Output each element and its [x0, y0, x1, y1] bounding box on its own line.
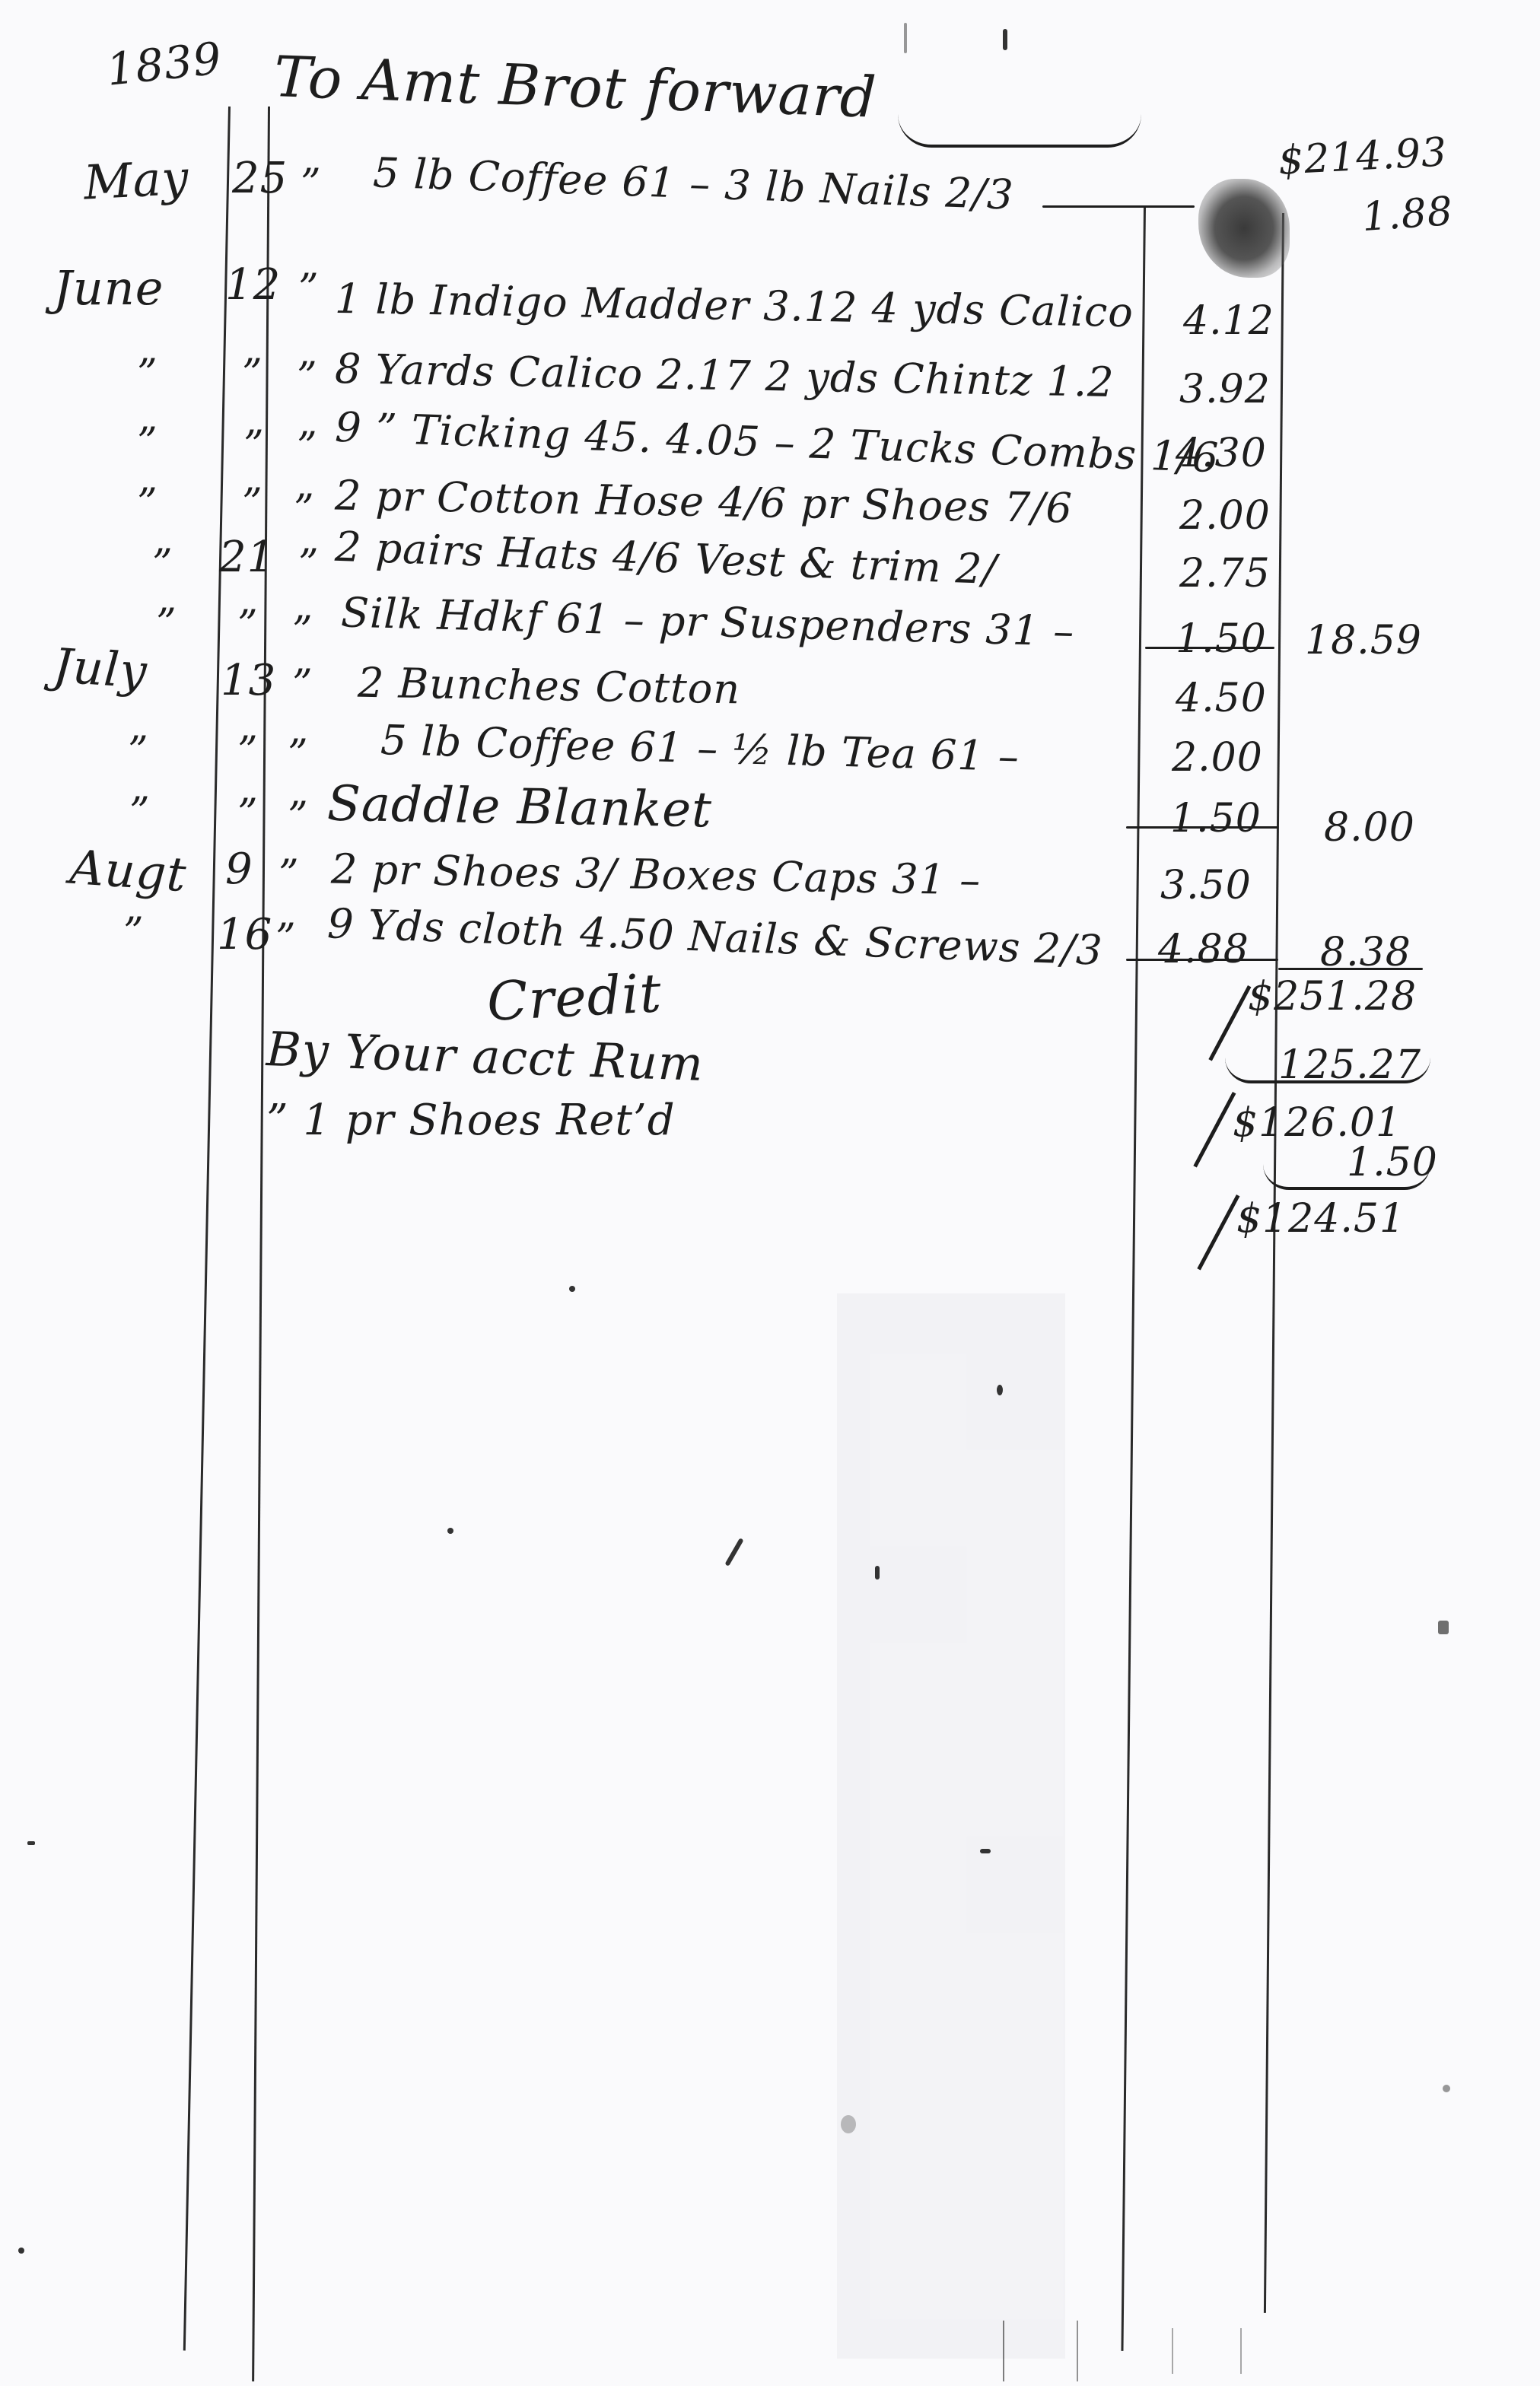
entry-amount: 1.50	[1170, 796, 1262, 841]
subtotal-amount: $251.28	[1248, 974, 1417, 1020]
entry-description: 9 ” Ticking 45. 4.05 – 2 Tucks Combs 1/6	[334, 403, 1220, 482]
entry-month: ”	[123, 910, 145, 956]
entry-month: July	[52, 638, 149, 699]
entry-description: 2 pairs Hats 4/6 Vest & trim 2/	[334, 523, 998, 593]
credit-description: By Your acct Rum	[266, 1021, 705, 1092]
entry-amount-underline	[1126, 959, 1278, 961]
entry-month: June	[53, 260, 164, 316]
entry-description: 8 Yards Calico 2.17 2 yds Chintz 1.2	[335, 345, 1115, 406]
ink-speck	[724, 1538, 743, 1567]
entry-description: 1 lb Indigo Madder 3.12 4 yds Calico	[335, 275, 1134, 336]
entry-ditto: ”	[292, 609, 313, 654]
ink-speck	[841, 2115, 856, 2133]
entry-amount-underline	[1126, 826, 1278, 829]
entry-day: ”	[243, 423, 265, 469]
ink-speck	[1443, 2085, 1450, 2092]
entry-amount: 2.00	[1179, 493, 1271, 539]
ink-speck	[980, 1849, 991, 1853]
entry-ditto: ”	[288, 732, 309, 778]
ink-speck	[27, 1841, 35, 1845]
entry-ditto: ”	[278, 852, 300, 898]
entry-month: Augt	[68, 839, 189, 903]
entry-description: Silk Hdkf 61 – pr Suspenders 31 –	[340, 588, 1075, 655]
entry-month: ”	[137, 481, 158, 527]
bottom-tick	[1077, 2321, 1078, 2381]
entry-day: ”	[242, 352, 263, 397]
entry-description: 2 Bunches Cotton	[357, 659, 740, 714]
entry-leader-line	[1042, 205, 1195, 208]
ink-speck	[904, 23, 907, 53]
entry-day: ”	[237, 603, 259, 648]
entry-running-total: 18.59	[1305, 618, 1422, 663]
entry-month: ”	[137, 352, 158, 397]
dollar-sign-stroke	[1208, 985, 1251, 1061]
ink-speck	[875, 1566, 880, 1580]
entry-ditto: ”	[288, 794, 309, 840]
ink-blot	[1198, 179, 1290, 278]
entry-day: 9	[225, 845, 253, 894]
entry-ditto: ”	[292, 662, 313, 708]
dollar-sign-stroke	[1193, 1092, 1236, 1167]
total-underline	[1278, 968, 1423, 970]
ink-speck	[1003, 29, 1007, 50]
entry-description: 9 Yds cloth 4.50 Nails & Screws 2/3	[326, 899, 1103, 975]
entry-running-total: 1.88	[1360, 189, 1455, 240]
entry-ditto: ”	[298, 266, 320, 312]
ink-speck	[18, 2248, 24, 2254]
entry-day: ”	[237, 729, 259, 775]
entry-description: 5 lb Coffee 61 – 3 lb Nails 2/3	[372, 148, 1014, 218]
ink-speck	[997, 1385, 1003, 1395]
credit-underline	[1225, 1058, 1430, 1083]
entry-description: 5 lb Coffee 61 – ½ lb Tea 61 –	[380, 716, 1020, 781]
bottom-tick	[1240, 2328, 1242, 2374]
ledger-year: 1839	[104, 32, 224, 95]
bottom-tick	[1003, 2321, 1004, 2381]
entry-amount: 1.50	[1176, 616, 1267, 662]
heading-flourish	[898, 114, 1141, 148]
ink-speck	[447, 1528, 453, 1534]
entry-ditto: ”	[275, 916, 297, 962]
entry-month: ”	[152, 542, 173, 587]
scan-shading	[837, 1293, 1065, 2359]
entry-ditto: ”	[294, 487, 315, 533]
entry-month: ”	[156, 601, 177, 647]
dollar-sign-stroke	[1197, 1195, 1239, 1270]
entry-amount: 2.00	[1172, 735, 1263, 781]
entry-month: ”	[128, 729, 149, 775]
entry-description: 2 pr Cotton Hose 4/6 pr Shoes 7/6	[335, 472, 1074, 533]
ledger-heading: To Amt Brot forward	[273, 44, 878, 131]
credit-description: ” 1 pr Shoes Ret’d	[266, 1096, 676, 1145]
ink-speck	[1438, 1621, 1449, 1634]
entry-day: 25	[232, 154, 288, 203]
entry-day: 21	[219, 533, 275, 582]
entry-ditto: ”	[298, 542, 320, 587]
rule-line-month	[183, 107, 231, 2350]
net-after-first-credit: $126.01	[1233, 1100, 1402, 1146]
bottom-tick	[1172, 2328, 1173, 2374]
entry-amount: 4.88	[1158, 927, 1249, 972]
entry-ditto: ”	[297, 355, 318, 400]
entry-day: 12	[225, 260, 281, 310]
rule-line-amount-left	[1121, 205, 1146, 2351]
entry-description: 2 pr Shoes 3/ Boxes Caps 31 –	[331, 845, 982, 905]
entry-amount: 2.75	[1179, 551, 1271, 596]
ledger-page: 1839 To Amt Brot forward $214.93 May 25 …	[0, 0, 1540, 2386]
entry-month: ”	[137, 420, 158, 466]
entry-amount: 4.30	[1176, 431, 1267, 476]
entry-amount: 3.92	[1179, 367, 1271, 412]
entry-amount: 3.50	[1160, 863, 1252, 908]
ink-speck	[569, 1286, 575, 1292]
brought-forward-total: $214.93	[1277, 129, 1449, 184]
entry-running-total: 8.00	[1324, 805, 1415, 851]
entry-month: May	[82, 149, 190, 210]
entry-ditto: ”	[301, 161, 322, 207]
entry-day: 16	[217, 910, 272, 959]
entry-month: ”	[129, 790, 151, 835]
entry-day: 13	[221, 656, 276, 705]
entry-amount: 4.50	[1176, 676, 1267, 721]
entry-ditto: ”	[297, 425, 318, 470]
entry-day: ”	[237, 791, 259, 837]
entry-description: Saddle Blanket	[326, 776, 712, 839]
entry-amount-underline	[1145, 647, 1274, 649]
entry-amount: 4.12	[1183, 298, 1274, 344]
balance-underline	[1263, 1164, 1430, 1190]
entry-day: ”	[242, 481, 263, 527]
credit-heading: Credit	[485, 962, 663, 1033]
balance-amount: $124.51	[1236, 1196, 1405, 1242]
